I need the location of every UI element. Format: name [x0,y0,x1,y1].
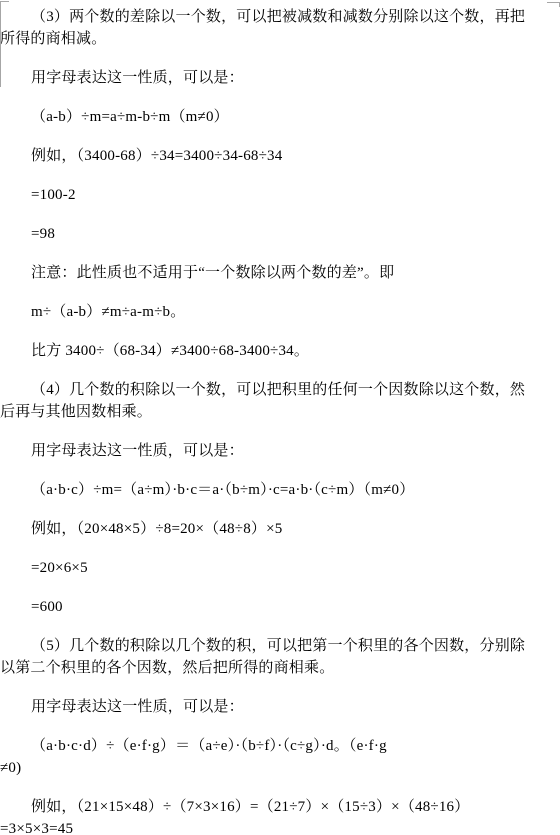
text-line: 后再与其他因数相乘。 [0,401,560,423]
paragraph-letter-intro: 用字母表达这一性质，可以是： [0,440,560,462]
formula-line: 比方 3400÷（68-34）≠3400÷68-3400÷34。 [0,340,560,362]
formula-line: （a·b·c）÷m=（a÷m）·b·c＝a·（b÷m）·c=a·b·（c÷m）（… [0,479,560,501]
text-line: 以第二个积里的各个因数，然后把所得的商相乘。 [0,657,560,679]
text-line: 用字母表达这一性质，可以是： [0,696,560,718]
formula-line: =3×5×3=45 [0,818,560,835]
formula-line: 例如，（21×15×48）÷（7×3×16）=（21÷7）×（15÷3）×（48… [0,796,560,818]
paragraph-calculation-step: =20×6×5 [0,557,560,579]
paragraph-calculation-result: =600 [0,596,560,618]
paragraph-example: 例如，（21×15×48）÷（7×3×16）=（21÷7）×（15÷3）×（48… [0,796,560,835]
text-line: （3）两个数的差除以一个数，可以把被减数和减数分别除以这个数，再把 [0,6,560,28]
paragraph-rule-3: （3）两个数的差除以一个数，可以把被减数和减数分别除以这个数，再把 所得的商相减… [0,6,560,50]
formula-line: 例如，（3400-68）÷34=3400÷34-68÷34 [0,145,560,167]
paragraph-letter-intro: 用字母表达这一性质，可以是： [0,67,560,89]
text-line: 用字母表达这一性质，可以是： [0,440,560,462]
document-body: （3）两个数的差除以一个数，可以把被减数和减数分别除以这个数，再把 所得的商相减… [0,0,560,835]
formula-line: =100-2 [0,184,560,206]
paragraph-inequality-formula: m÷（a-b）≠m÷a-m÷b。 [0,301,560,323]
frame-fragment-left-vertical [0,1,1,87]
formula-line: ≠0) [0,757,560,779]
paragraph-rule-4: （4）几个数的积除以一个数，可以把积里的任何一个因数除以这个数，然 后再与其他因… [0,379,560,423]
paragraph-example: 例如，（20×48×5）÷8=20×（48÷8）×5 [0,518,560,540]
paragraph-example: 例如，（3400-68）÷34=3400÷34-68÷34 [0,145,560,167]
paragraph-formula: （a·b·c·d）÷（e·f·g）＝（a÷e）·（b÷f）·（c÷g）·d。（e… [0,735,560,779]
paragraph-calculation-result: =98 [0,223,560,245]
text-line: （4）几个数的积除以一个数，可以把积里的任何一个因数除以这个数，然 [0,379,560,401]
paragraph-rule-5: （5）几个数的积除以几个数的积，可以把第一个积里的各个因数，分别除 以第二个积里… [0,635,560,679]
formula-line: （a·b·c·d）÷（e·f·g）＝（a÷e）·（b÷f）·（c÷g）·d。（e… [0,735,560,757]
paragraph-letter-intro: 用字母表达这一性质，可以是： [0,696,560,718]
paragraph-formula: （a-b）÷m=a÷m-b÷m（m≠0） [0,106,560,128]
paragraph-note: 注意：此性质也不适用于“一个数除以两个数的差”。即 [0,262,560,284]
formula-line: m÷（a-b）≠m÷a-m÷b。 [0,301,560,323]
frame-fragment-top-left-horizontal [0,1,9,2]
formula-line: （a-b）÷m=a÷m-b÷m（m≠0） [0,106,560,128]
paragraph-inequality-example: 比方 3400÷（68-34）≠3400÷68-3400÷34。 [0,340,560,362]
formula-line: =20×6×5 [0,557,560,579]
formula-line: =98 [0,223,560,245]
text-line: 所得的商相减。 [0,28,560,50]
text-line: 用字母表达这一性质，可以是： [0,67,560,89]
text-line: （5）几个数的积除以几个数的积，可以把第一个积里的各个因数，分别除 [0,635,560,657]
formula-line: =600 [0,596,560,618]
formula-line: 例如，（20×48×5）÷8=20×（48÷8）×5 [0,518,560,540]
paragraph-calculation-step: =100-2 [0,184,560,206]
text-line: 注意：此性质也不适用于“一个数除以两个数的差”。即 [0,262,560,284]
paragraph-formula: （a·b·c）÷m=（a÷m）·b·c＝a·（b÷m）·c=a·b·（c÷m）（… [0,479,560,501]
